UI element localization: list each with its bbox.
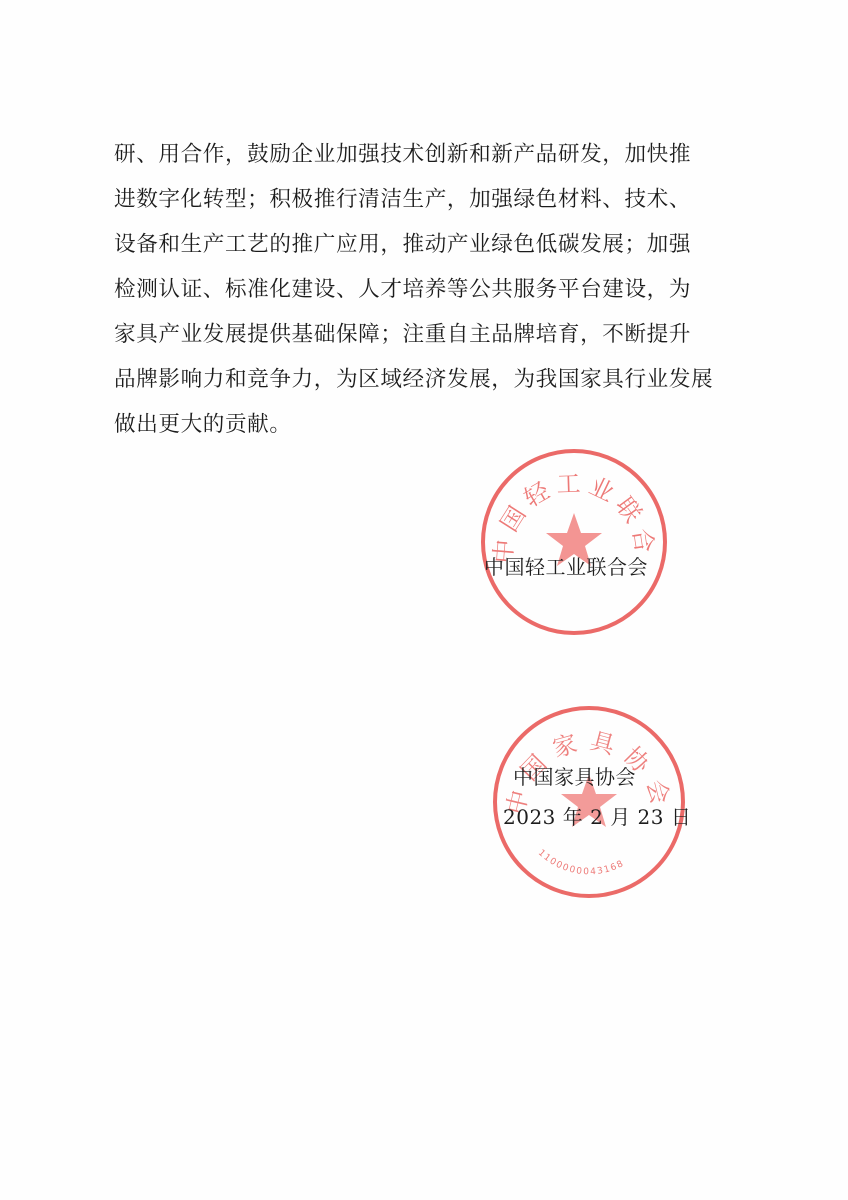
body-paragraph: 研、用合作，鼓励企业加强技术创新和新产品研发，加快推 进数字化转型；积极推行清洁… <box>114 132 744 447</box>
paragraph-line: 设备和生产工艺的推广应用，推动产业绿色低碳发展；加强 <box>114 222 744 267</box>
signature-org-furniture-association: 中国家具协会 <box>513 761 636 790</box>
paragraph-line: 检测认证、标准化建设、人才培养等公共服务平台建设，为 <box>114 267 744 312</box>
paragraph-line: 家具产业发展提供基础保障；注重自主品牌培育，不断提升 <box>114 312 744 357</box>
document-page: 研、用合作，鼓励企业加强技术创新和新产品研发，加快推 进数字化转型；积极推行清洁… <box>0 0 848 1200</box>
paragraph-line: 研、用合作，鼓励企业加强技术创新和新产品研发，加快推 <box>114 132 744 177</box>
signature-date: 2023 年 2 月 23 日 <box>503 801 691 830</box>
paragraph-line: 品牌影响力和竞争力，为区域经济发展，为我国家具行业发展 <box>114 357 744 402</box>
paragraph-line: 做出更大的贡献。 <box>114 402 744 447</box>
svg-text:1100000043168: 1100000043168 <box>536 848 626 877</box>
seal-graphic: 中国轻工业联合会 <box>485 453 663 631</box>
paragraph-line: 进数字化转型；积极推行清洁生产，加强绿色材料、技术、 <box>114 177 744 222</box>
official-seal-light-industry: 中国轻工业联合会 <box>481 449 667 635</box>
signature-org-light-industry: 中国轻工业联合会 <box>484 551 648 580</box>
seal-serial-number: 1100000043168 <box>536 848 626 877</box>
